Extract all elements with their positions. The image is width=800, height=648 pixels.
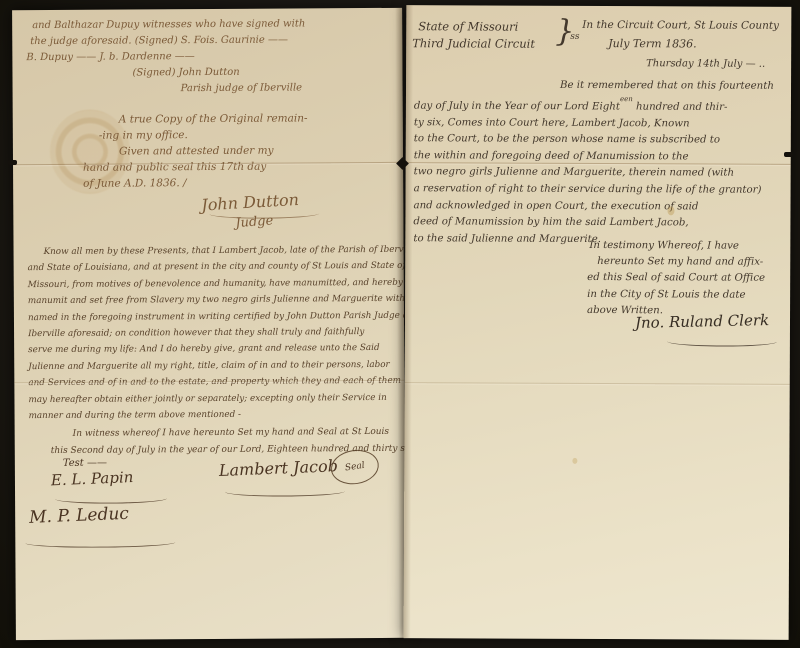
- witness-line: (Signed) John Dutton: [132, 64, 305, 81]
- order-line: to the Court, to be the person whose nam…: [414, 131, 786, 149]
- testimony-line: hereunto Set my hand and affix-: [597, 254, 765, 271]
- fold-edge-notch: [8, 160, 17, 165]
- seal-label: Seal: [344, 461, 365, 474]
- order-line: ty six, Comes into Court here, Lambert J…: [414, 115, 786, 133]
- caption-circuit: Third Judicial Circuit: [412, 36, 535, 51]
- order-line: deed of Manumission by him the said Lamb…: [413, 214, 785, 232]
- order-line: day of July in the Year of our Lord Eigh…: [414, 94, 786, 117]
- fold-crease: [405, 382, 790, 385]
- caption-state: State of Missouri: [418, 19, 518, 33]
- manumission-deed-block: Know all men by these Presents, that I L…: [28, 242, 395, 425]
- certification-line: hand and public seal this 17th day: [83, 158, 308, 175]
- caption-court: In the Circuit Court, St Louis County: [582, 19, 779, 32]
- certification-block: A true Copy of the Original remain- -ing…: [27, 110, 308, 192]
- deed-line: manner and during the term above mention…: [29, 406, 395, 425]
- clerk-signature: Jno. Ruland Clerk: [635, 311, 769, 332]
- witness-line: and Balthazar Dupuy witnesses who have s…: [32, 16, 305, 34]
- witness-attestation-block: and Balthazar Dupuy witnesses who have s…: [26, 16, 306, 98]
- testimony-line: In testimony Whereof, I have: [589, 238, 765, 255]
- attest-label: Test ——: [63, 458, 107, 469]
- witness-signature-leduc: M. P. Leduc: [29, 504, 129, 528]
- witness-line: Parish judge of Iberville: [181, 80, 306, 97]
- paper-stain: [572, 458, 577, 464]
- right-page: State of Missouri Third Judicial Circuit…: [404, 5, 792, 640]
- witness-clause-line: In witness whereof I have hereunto Set m…: [73, 424, 406, 443]
- witness-signature-papin: E. L. Papin: [51, 468, 134, 489]
- session-day: Thursday 14th July — ..: [646, 58, 765, 70]
- order-line: two negro girls Julienne and Marguerite,…: [414, 165, 786, 183]
- document-photo: and Balthazar Dupuy witnesses who have s…: [0, 0, 800, 648]
- testimony-line: ed this Seal of said Court at Office: [587, 270, 765, 287]
- witness-line: the judge aforesaid. (Signed) S. Fois. G…: [30, 32, 305, 50]
- left-page: and Balthazar Dupuy witnesses who have s…: [12, 8, 406, 640]
- order-line-segment: hundred and thir-: [633, 101, 728, 112]
- order-line: and acknowledged in open Court, the exec…: [413, 198, 785, 216]
- witness-line: B. Dupuy —— J. b. Dardenne ——: [26, 48, 305, 66]
- signature-flourish: [667, 336, 777, 346]
- certification-line: A true Copy of the Original remain-: [119, 110, 308, 127]
- deed-line: and State of Louisiana, and at present i…: [28, 258, 394, 277]
- certification-line: of June A.D. 1836. /: [83, 174, 308, 191]
- certification-line: Given and attested under my: [119, 142, 308, 159]
- order-line: Be it remembered that on this fourteenth: [560, 78, 786, 96]
- fold-edge-notch: [784, 152, 793, 157]
- caption-term: July Term 1836.: [608, 37, 696, 50]
- judge-title: Judge: [235, 213, 274, 231]
- order-line-segment: day of July in the Year of our Lord Eigh…: [414, 100, 620, 112]
- order-line: a reservation of right to their service …: [414, 181, 786, 199]
- testimony-line: in the City of St Louis the date: [587, 287, 765, 304]
- signature-flourish: [25, 537, 175, 548]
- testimony-block: In testimony Whereof, I have hereunto Se…: [581, 238, 765, 320]
- signature-flourish: [225, 486, 345, 497]
- principal-signature-lambert-jacob: Lambert Jacob: [219, 456, 339, 480]
- deed-line: manumit and set free from Slavery my two…: [28, 291, 394, 310]
- certification-line: -ing in my office.: [99, 126, 308, 143]
- signature-flourish: [55, 493, 167, 504]
- page-fold-shadow: [404, 5, 414, 638]
- inserted-word: een: [620, 95, 633, 103]
- paper-stain: [667, 206, 674, 215]
- deed-line: may hereafter obtain either jointly or s…: [28, 390, 394, 409]
- deed-line: serve me during my life: And I do hereby…: [28, 340, 394, 359]
